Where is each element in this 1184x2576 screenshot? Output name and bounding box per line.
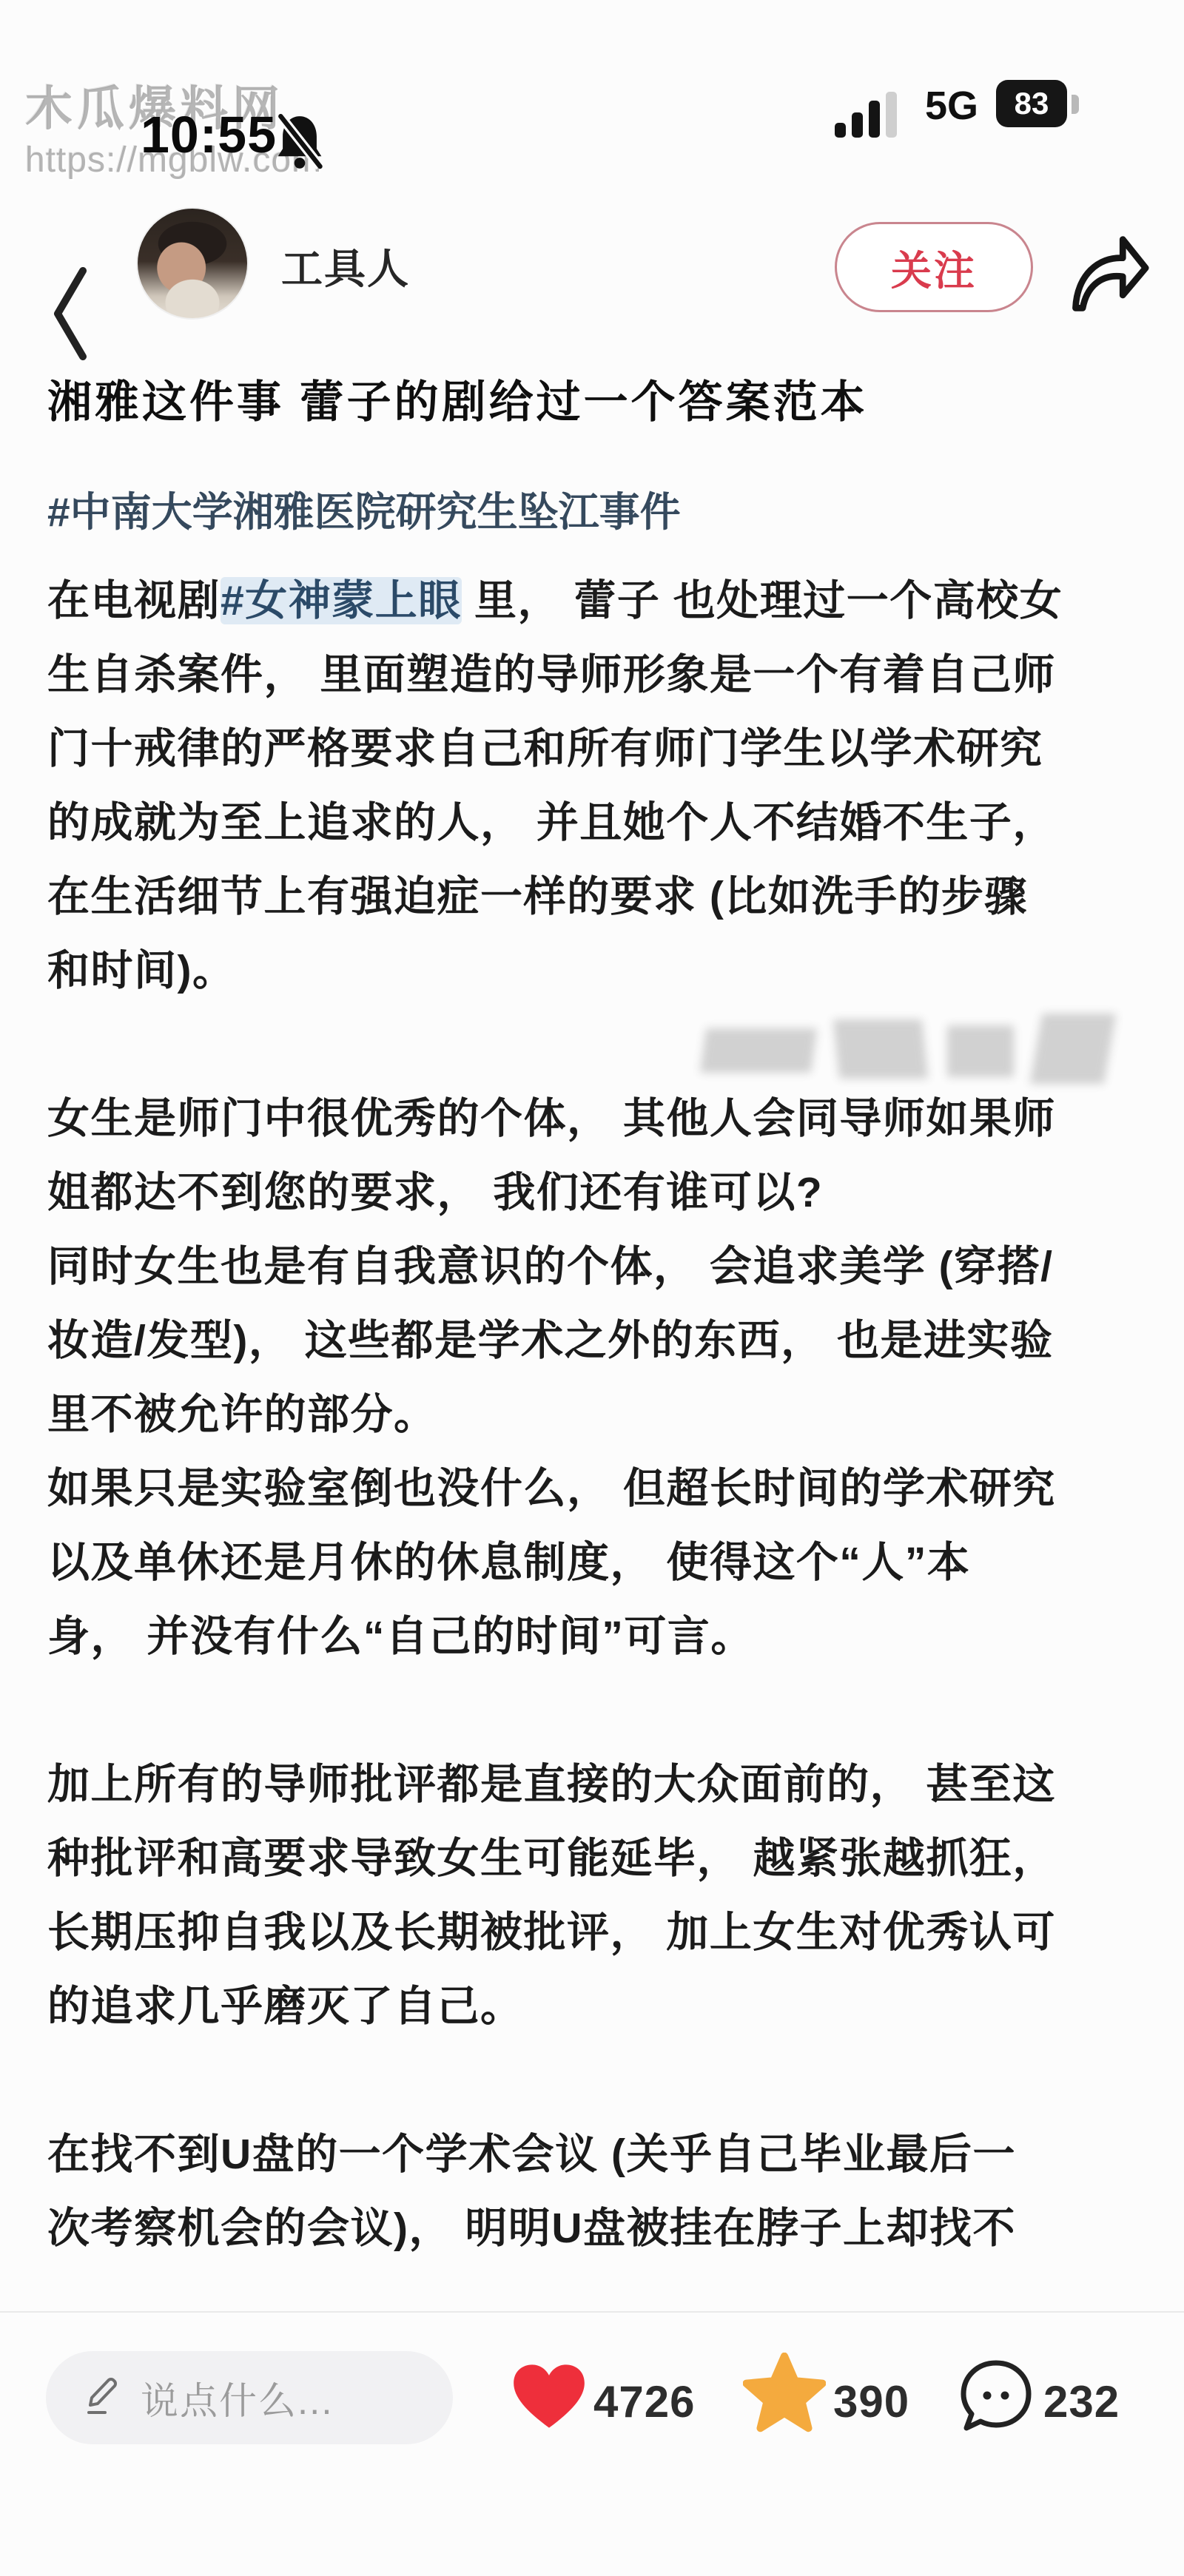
avatar[interactable] [138, 209, 247, 318]
body-text-line: 在找不到U盘的一个学术会议 (关乎自己毕业最后一 [47, 2117, 1154, 2191]
status-time: 10:55 [141, 105, 277, 164]
like-count[interactable]: 4726 [593, 2376, 695, 2427]
body-text-line: 的追求几乎磨灭了自己。 [47, 1969, 1154, 2043]
body-text-line: 加上所有的导师批评都是直接的大众面前的， 甚至这 [47, 1747, 1154, 1821]
body-text-line: 以及单休还是月休的休息制度， 使得这个“人”本 [47, 1525, 1154, 1599]
post-detail-page: 木瓜爆料网 https://mgblw.com 10:55 5G 83 工具人 … [0, 0, 1184, 2576]
body-text-line: 门十戒律的严格要求自己和所有师门学生以学术研究 [47, 712, 1154, 786]
comment-button-bubble-icon[interactable] [958, 2356, 1035, 2439]
share-icon[interactable] [1064, 226, 1150, 323]
battery-indicator: 83 [996, 80, 1067, 127]
paragraph-lines: 生自杀案件， 里面塑造的导师形象是一个有着自己师门十戒律的严格要求自己和所有师门… [47, 638, 1154, 1008]
paragraph: 加上所有的导师批评都是直接的大众面前的， 甚至这种批评和高要求导致女生可能延毕，… [47, 1747, 1154, 2043]
body-text-line: 长期压抑自我以及长期被批评， 加上女生对优秀认可 [47, 1895, 1154, 1969]
topic-hashtag-link[interactable]: #中南大学湘雅医院研究生坠江事件 [47, 479, 681, 538]
drama-hashtag-link[interactable]: #女神蒙上眼 [221, 577, 462, 624]
post-title: 湘雅这件事 蕾子的剧给过一个答案范本 [47, 367, 868, 431]
body-text-line: 妆造/发型)， 这些都是学术之外的东西， 也是进实验 [47, 1304, 1154, 1378]
collect-count[interactable]: 390 [833, 2376, 909, 2427]
body-text-line: 和时间)。 [47, 934, 1154, 1008]
follow-button-label: 关注 [891, 238, 977, 297]
body-text-line: 女生是师门中很优秀的个体， 其他人会同导师如果师 [47, 1082, 1154, 1156]
body-text-line: 姐都达不到您的要求， 我们还有谁可以? [47, 1156, 1154, 1230]
collect-button-star-icon[interactable] [743, 2353, 826, 2436]
like-button-heart-icon[interactable] [511, 2361, 588, 2436]
comment-count[interactable]: 232 [1043, 2376, 1120, 2427]
body-text-line: 身， 并没有什么“自己的时间”可言。 [47, 1599, 1154, 1673]
body-text-line: 的成就为至上追求的人， 并且她个人不结婚不生子， [47, 786, 1154, 860]
signal-strength-icon [835, 89, 903, 144]
body-text-line: 如果只是实验室倒也没什么， 但超长时间的学术研究 [47, 1451, 1154, 1525]
battery-nub [1072, 95, 1079, 114]
body-text-line: 种批评和高要求导致女生可能延毕， 越紧张越抓狂， [47, 1821, 1154, 1895]
post-body: 在电视剧#女神蒙上眼 里， 蕾子 也处理过一个高校女 生自杀案件， 里面塑造的导… [47, 564, 1154, 2339]
comment-input[interactable]: 说点什么... [46, 2351, 453, 2444]
paragraph: 在找不到U盘的一个学术会议 (关乎自己毕业最后一次考察机会的会议)， 明明U盘被… [47, 2117, 1154, 2265]
battery-percent: 83 [1015, 86, 1049, 121]
bottom-divider [0, 2311, 1184, 2313]
follow-button[interactable]: 关注 [835, 222, 1033, 312]
username[interactable]: 工具人 [281, 237, 410, 296]
back-button[interactable] [49, 265, 90, 366]
pencil-icon [84, 2376, 121, 2421]
bell-muted-icon [275, 112, 324, 175]
body-text-line: 同时女生也是有自我意识的个体， 会追求美学 (穿搭/ [47, 1230, 1154, 1304]
network-type-label: 5G [925, 83, 978, 129]
body-text-line: 在电视剧#女神蒙上眼 里， 蕾子 也处理过一个高校女 [47, 564, 1154, 638]
body-text-line: 在生活细节上有强迫症一样的要求 (比如洗手的步骤 [47, 860, 1154, 934]
body-text-span: 在电视剧 [47, 577, 221, 624]
body-text-span: 里， 蕾子 也处理过一个高校女 [462, 577, 1063, 624]
paragraph: 在电视剧#女神蒙上眼 里， 蕾子 也处理过一个高校女 生自杀案件， 里面塑造的导… [47, 564, 1154, 1008]
paragraph: 女生是师门中很优秀的个体， 其他人会同导师如果师姐都达不到您的要求， 我们还有谁… [47, 1082, 1154, 1673]
body-text-line: 生自杀案件， 里面塑造的导师形象是一个有着自己师 [47, 638, 1154, 712]
body-text-line: 次考察机会的会议)， 明明U盘被挂在脖子上却找不 [47, 2191, 1154, 2265]
comment-placeholder: 说点什么... [141, 2370, 334, 2425]
body-text-line: 里不被允许的部分。 [47, 1378, 1154, 1451]
